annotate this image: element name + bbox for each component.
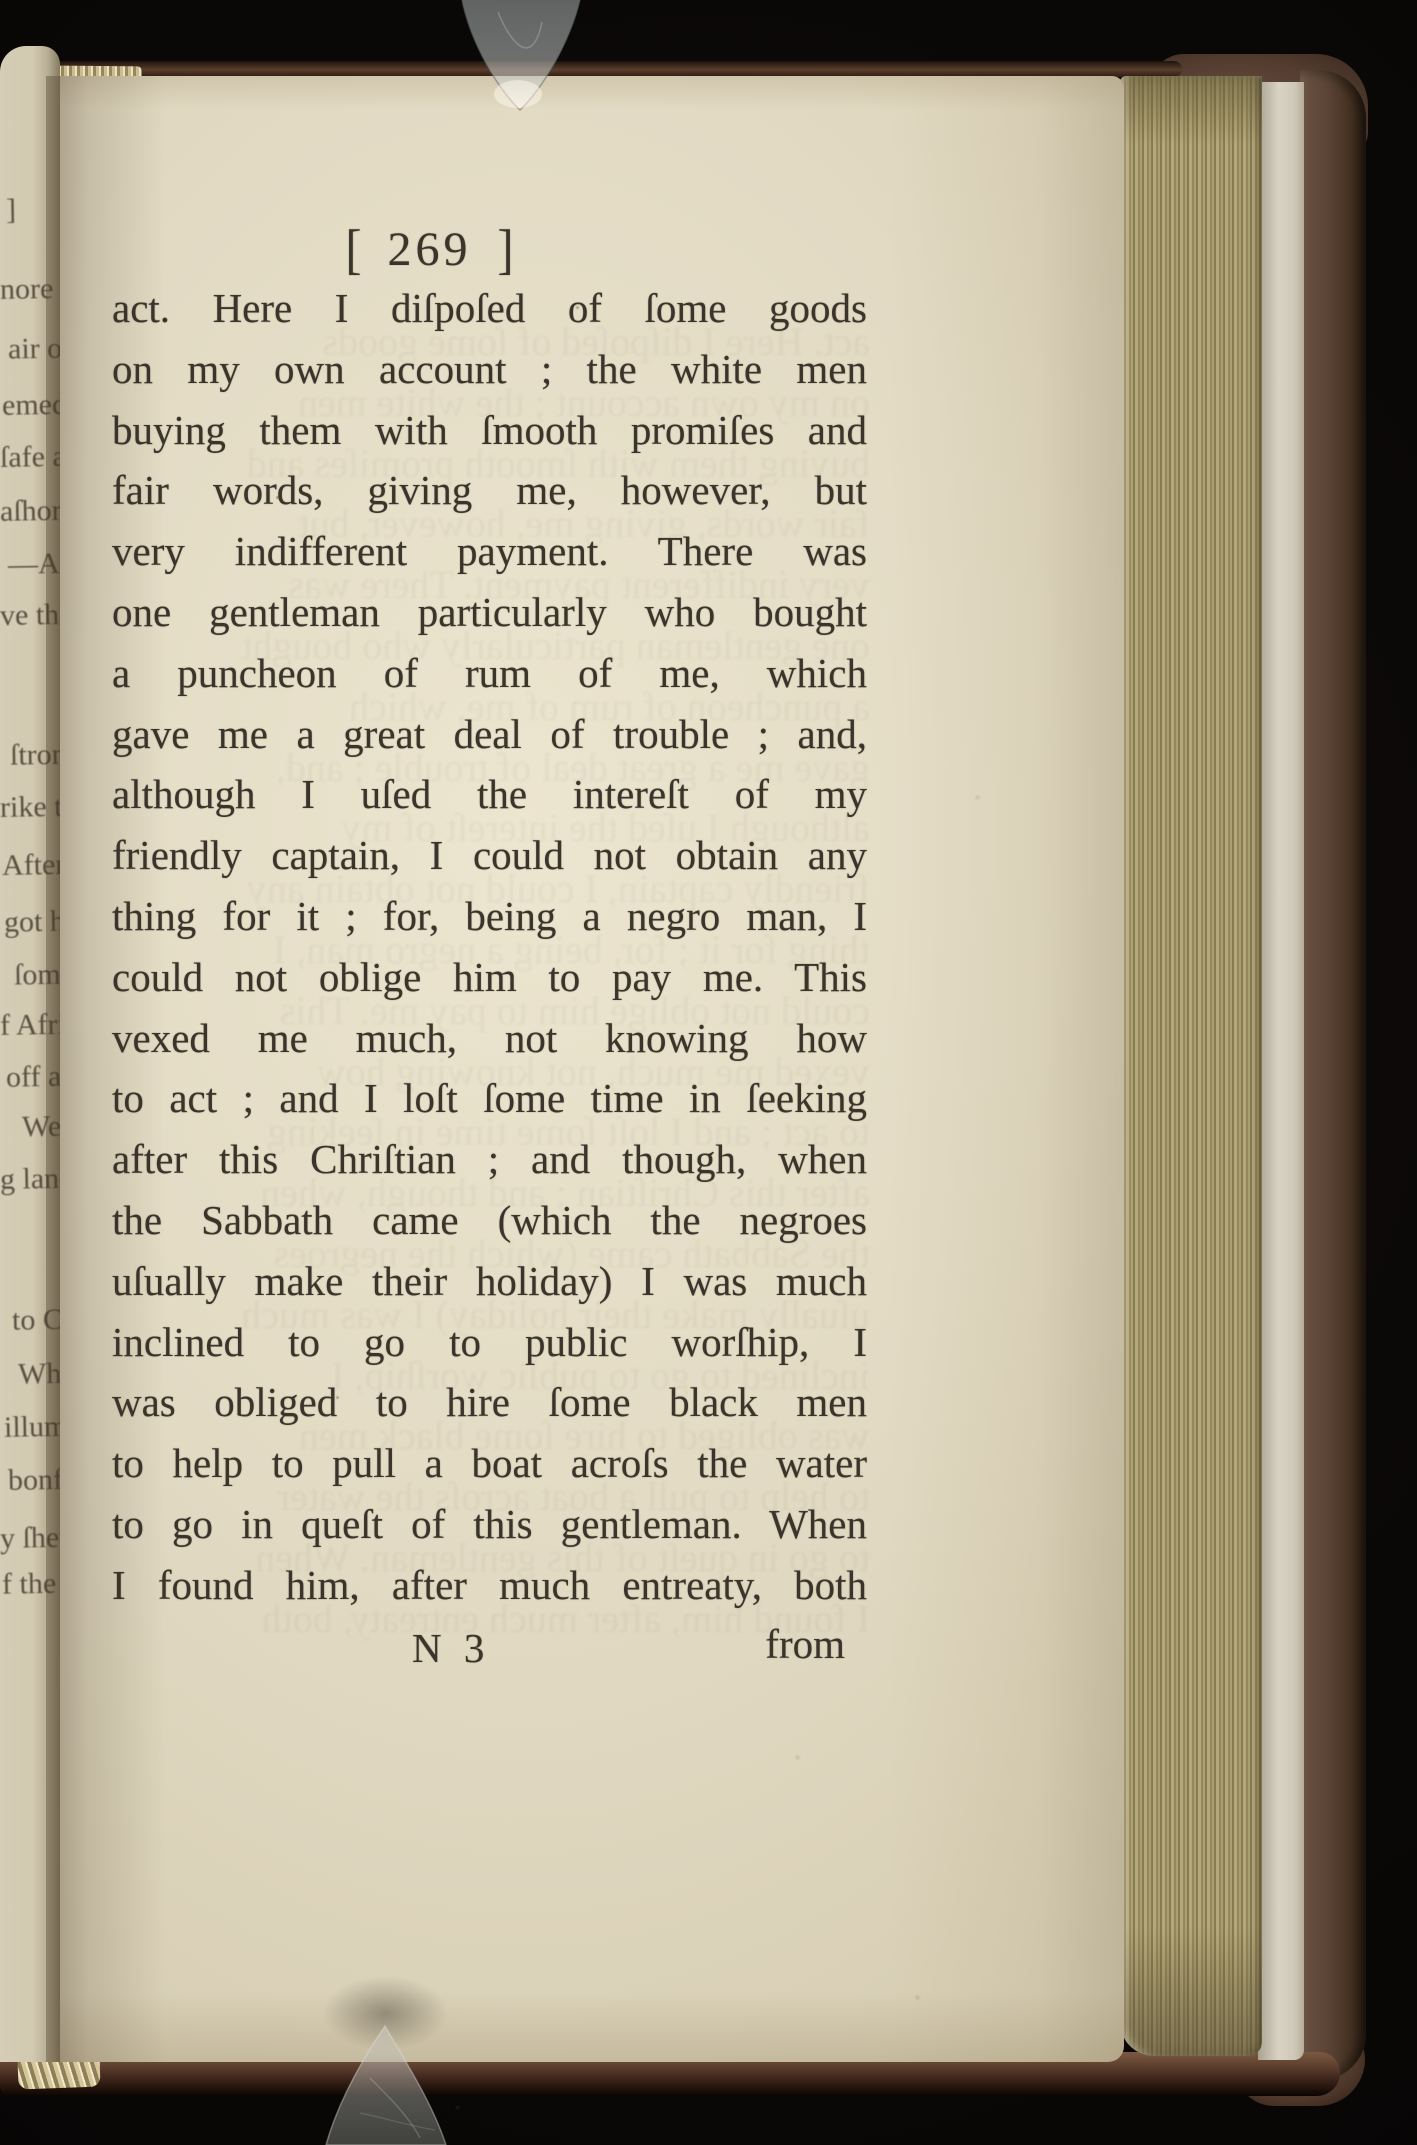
margin-fragment: After our — [2, 847, 60, 883]
text-line: fair words, giving me, however, but — [112, 460, 867, 521]
margin-fragment: g landed — [0, 1161, 60, 1197]
margin-fragment: y ſhewn, — [0, 1520, 60, 1556]
text-line: was obliged to hire ſome black men — [112, 1372, 867, 1433]
margin-fragment: got ha — [4, 904, 60, 939]
margin-fragment: —Alas! — [8, 546, 60, 582]
text-line: uſually make their holiday) I was much — [112, 1251, 867, 1312]
text-line: act. Here I diſpoſed of ſome goods — [112, 278, 867, 339]
text-line: inclined to go to public worſhip, I — [112, 1312, 867, 1373]
signature-line: N 3 from — [112, 1624, 867, 1686]
text-line: after this Chriſtian ; and though, when — [112, 1129, 867, 1190]
text-line: vexed me much, not knowing how — [112, 1008, 867, 1069]
text-line: one gentleman particularly who bought — [112, 582, 867, 643]
text-line: a puncheon of rum of me, which — [112, 643, 867, 704]
text-line: I found him, after much entreaty, both — [112, 1555, 867, 1616]
page-holder-top — [440, 0, 610, 120]
leather-cover-right — [1300, 70, 1366, 2080]
page-number: 269 — [388, 223, 472, 276]
text-line: although I uſed the intereſt of my — [112, 764, 867, 825]
text-line: buying them with ſmooth promiſes and — [112, 400, 867, 461]
margin-fragment: ſafe arriv — [0, 439, 60, 475]
paper-specks — [276, 496, 279, 499]
margin-fragment: We — [22, 1110, 60, 1145]
margin-fragment: off aga — [6, 1059, 60, 1094]
text-line: thing for it ; for, being a negro man, I — [112, 886, 867, 947]
margin-fragment: emed fa — [2, 387, 60, 423]
margin-fragment: ve that G — [0, 597, 60, 633]
text-line: on my own account ; the white men — [112, 339, 867, 400]
margin-fragment: illumina — [4, 1409, 60, 1445]
endpaper-edge — [1258, 82, 1304, 2060]
catchword: from — [765, 1620, 845, 1668]
header-close-bracket: ] — [498, 218, 514, 281]
margin-fragment: bonfires — [8, 1462, 60, 1498]
page-number-header: [269] — [112, 222, 867, 282]
fore-edge-pages — [1120, 76, 1262, 2056]
book-photo: act. Here I diſpoſed of ſome goodson my … — [0, 0, 1417, 2145]
margin-fragment: to Cha — [12, 1302, 60, 1337]
margin-fragment: ſome — [14, 957, 60, 992]
margin-fragment: f the ſt — [2, 1566, 60, 1601]
text-line: to act ; and I loſt ſome time in ſeeking — [112, 1068, 867, 1129]
margin-fragment: f Africa, — [0, 1007, 60, 1043]
body-lines: act. Here I diſpoſed of ſome goodson my … — [112, 278, 867, 1616]
text-line: very indifferent payment. There was — [112, 521, 867, 582]
text-line: gave me a great deal of trouble ; and, — [112, 704, 867, 765]
text-line: to go in queſt of this gentleman. When — [112, 1494, 867, 1555]
text-line: to help to pull a boat acroſs the water — [112, 1433, 867, 1494]
text-line: friendly captain, I could not obtain any — [112, 825, 867, 886]
margin-fragment: aſhore, l — [0, 493, 60, 529]
text-line: could not oblige him to pay me. This — [112, 947, 867, 1008]
cover-edge-top — [52, 61, 1182, 77]
margin-fragment: ſtrongl — [10, 737, 60, 772]
page-holder-bottom — [300, 2018, 460, 2145]
margin-fragment: ] — [6, 193, 17, 227]
facing-page-strip: ]nore andair ofemed faſafe arrivaſhore, … — [0, 46, 60, 2062]
margin-fragment: rike the f — [0, 789, 60, 825]
margin-fragment: air of — [8, 331, 60, 366]
signature-mark: N 3 — [412, 1624, 490, 1672]
text-line: the Sabbath came (which the negroes — [112, 1190, 867, 1251]
book-page: act. Here I diſpoſed of ſome goodson my … — [46, 76, 1124, 2062]
margin-fragment: While — [18, 1356, 60, 1391]
header-open-bracket: [ — [346, 218, 362, 281]
margin-fragment: nore and — [0, 271, 60, 307]
